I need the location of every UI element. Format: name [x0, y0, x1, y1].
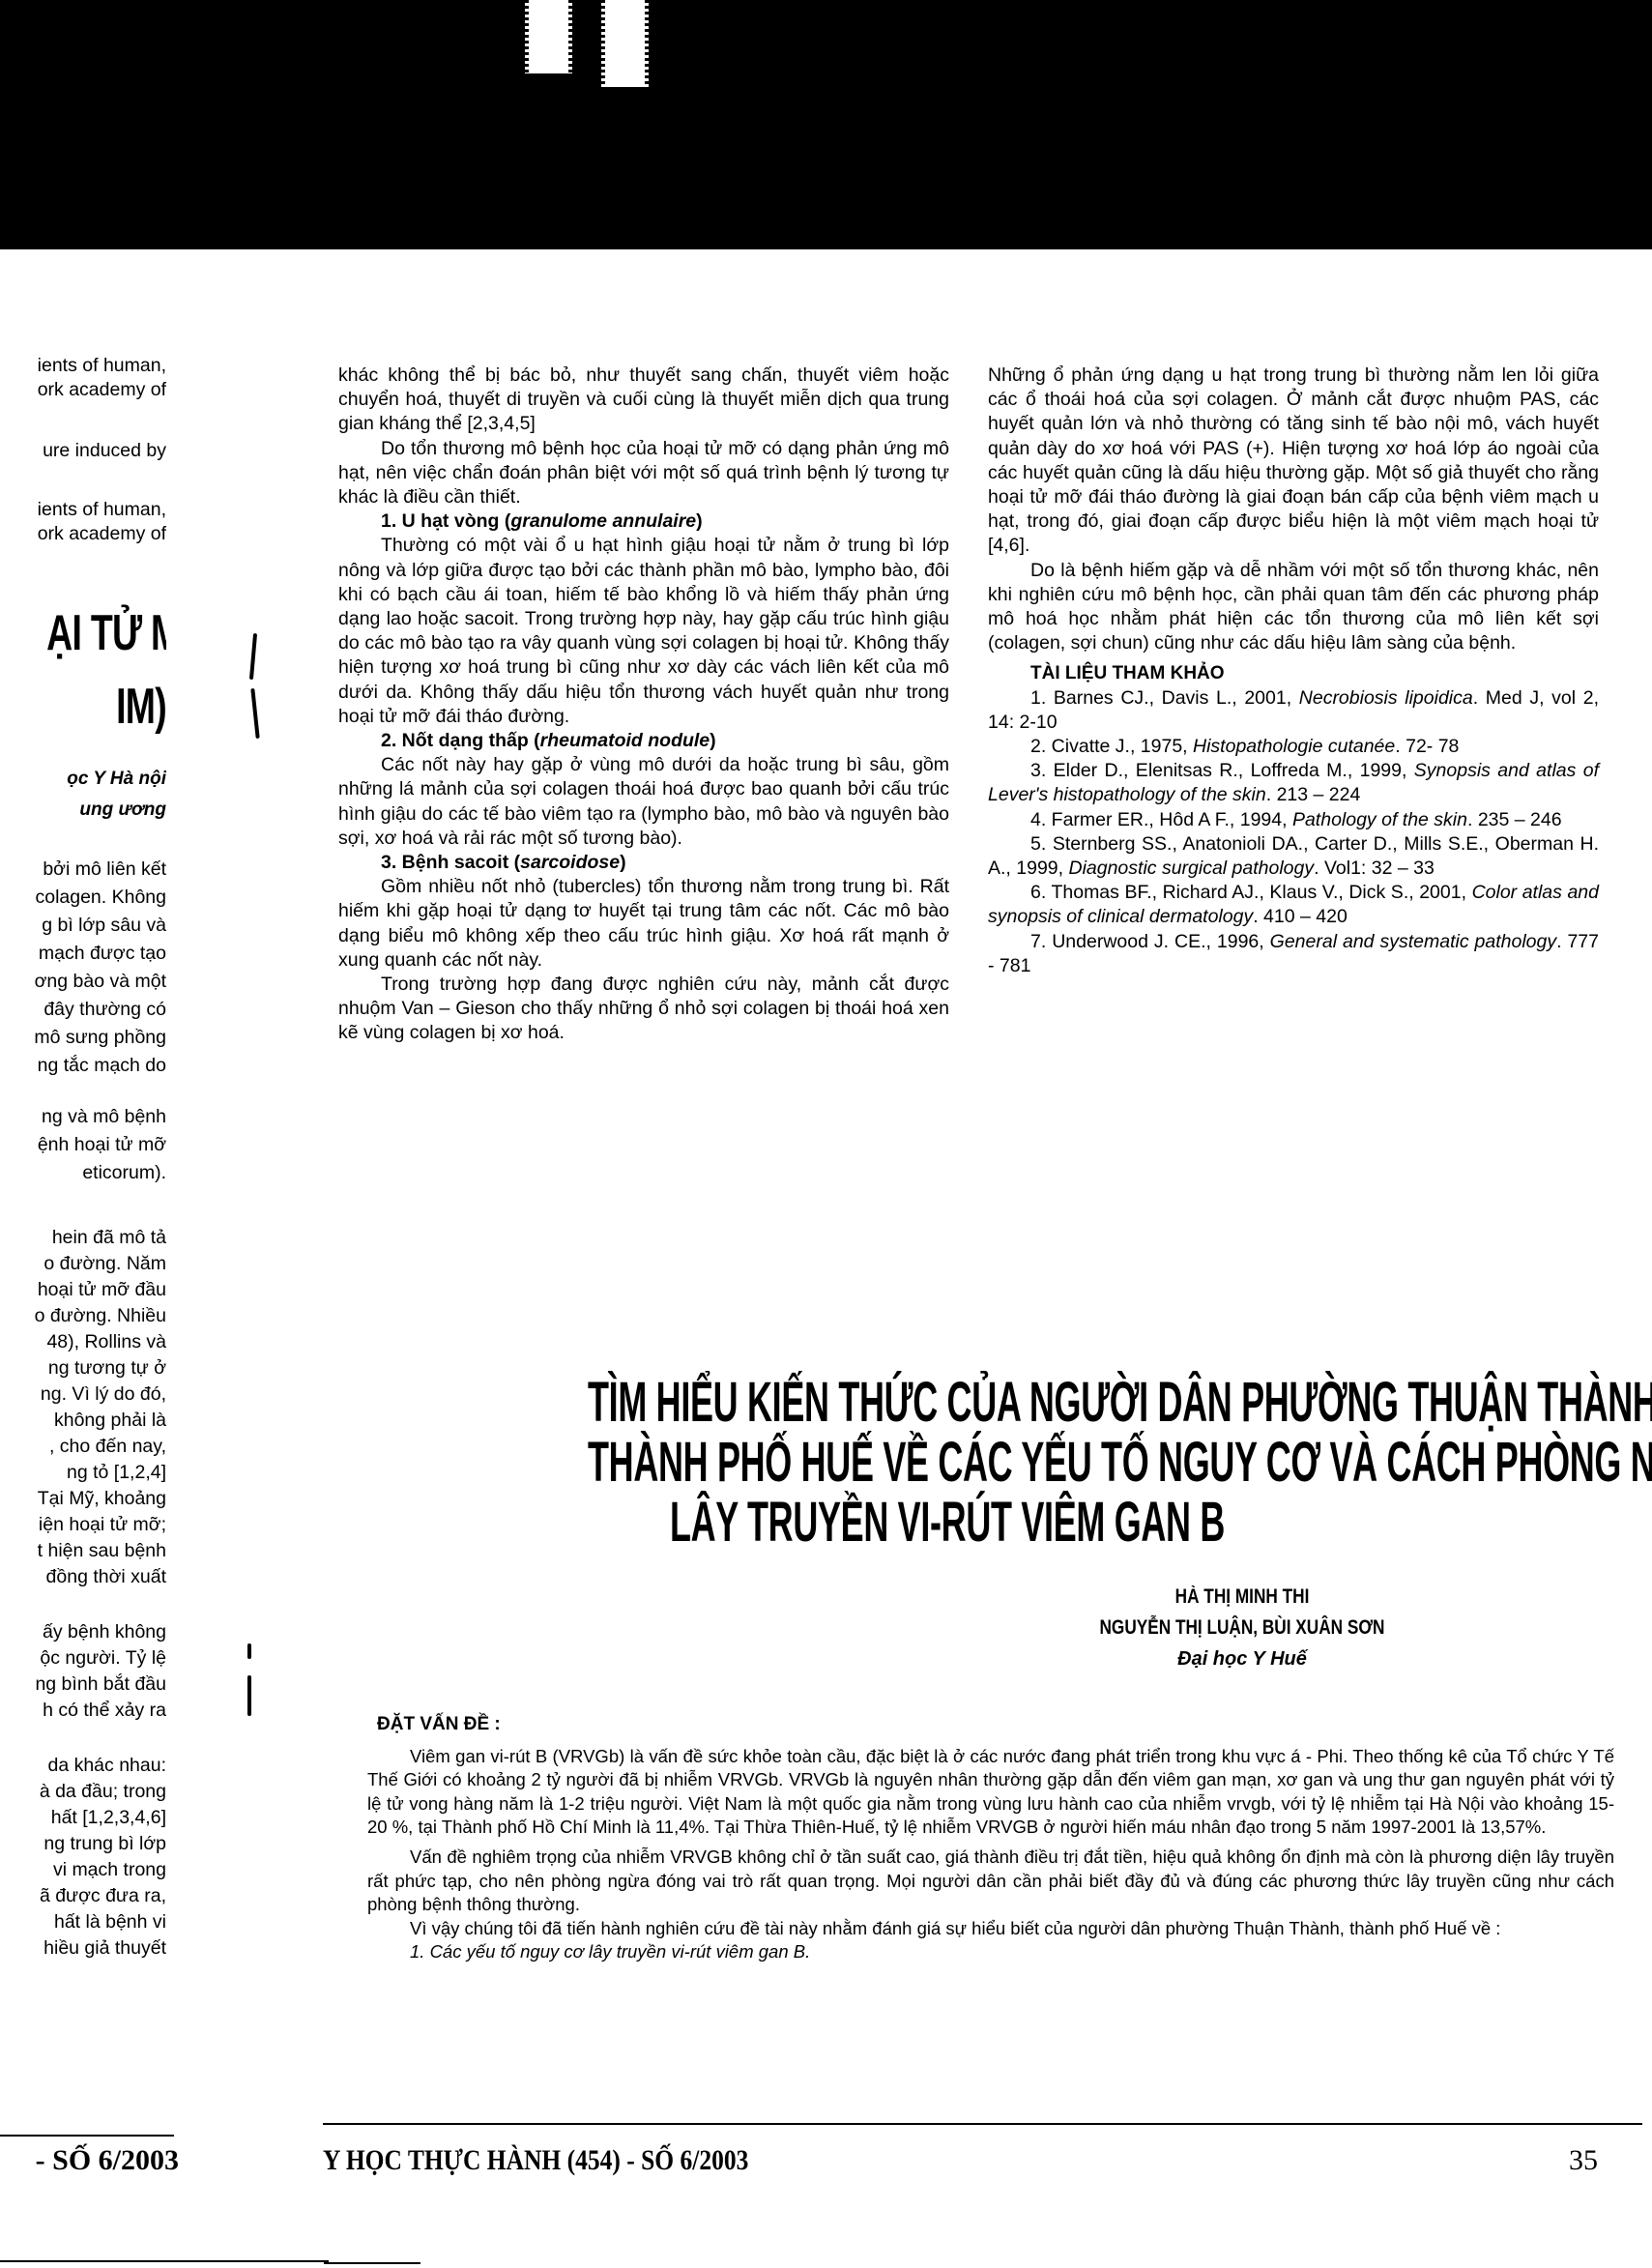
paragraph: Trong trường hợp đang được nghiên cứu nà… — [338, 973, 949, 1046]
text-line: ng tương tự ở — [0, 1356, 166, 1382]
text-line: Tại Mỹ, khoảng — [0, 1487, 166, 1513]
article-body: ĐẶT VẤN ĐỀ : Viêm gan vi-rút B (VRVGb) l… — [367, 1713, 1614, 1964]
text-line: mạch được tạo — [0, 942, 166, 970]
left-column-fragment: ients of human, ork academy of ure induc… — [0, 354, 166, 1963]
text-line: ork academy of — [0, 378, 166, 402]
binding-mark — [527, 0, 570, 73]
scan-mark — [249, 633, 257, 680]
text-line: ng trung bì lớp — [0, 1832, 166, 1858]
text-line: g bì lớp sâu và — [0, 914, 166, 942]
footer-journal: Y HỌC THỰC HÀNH (454) - SỐ 6/2003 — [323, 2144, 748, 2177]
title-line: LÂY TRUYỀN VI-RÚT VIÊM GAN B — [588, 1493, 1307, 1553]
text-line: ấy bệnh không — [0, 1620, 166, 1646]
reference-item: 4. Farmer ER., Hôd A F., 1994, Pathology… — [988, 808, 1599, 832]
text-line: o đường. Nhiều — [0, 1304, 166, 1330]
reference-item: 5. Sternberg SS., Anatonioli DA., Carter… — [988, 832, 1599, 881]
text-line: ộc người. Tỷ lệ — [0, 1646, 166, 1672]
paragraph: Do là bệnh hiếm gặp và dễ nhầm với một s… — [988, 559, 1599, 656]
scan-mark — [247, 1675, 251, 1716]
text-line: ng bình bắt đầu — [0, 1672, 166, 1699]
title-line: THÀNH PHỐ HUẾ VỀ CÁC YẾU TỐ NGUY CƠ VÀ C… — [588, 1433, 1307, 1493]
text-line: , cho đến nay, — [0, 1435, 166, 1461]
page-number: 35 — [1569, 2144, 1598, 2177]
text-line: à da đầu; trong — [0, 1780, 166, 1806]
scan-mark — [250, 688, 259, 739]
middle-column: khác không thể bị bác bỏ, như thuyết san… — [338, 363, 949, 1046]
text-line: ure induced by — [0, 439, 166, 463]
text-line: đồng thời xuất — [0, 1565, 166, 1591]
title-line: TÌM HIỂU KIẾN THỨC CỦA NGƯỜI DÂN PHƯỜNG … — [588, 1373, 1307, 1433]
scan-edge — [324, 2262, 420, 2264]
section-heading: 3. Bệnh sacoit (sarcoidose) — [338, 851, 949, 875]
text-line: hiều giả thuyết — [0, 1936, 166, 1963]
paragraph: Vấn đề nghiêm trọng của nhiễm VRVGB khôn… — [367, 1846, 1614, 1917]
text-line: hein đã mô tả — [0, 1226, 166, 1252]
reference-item: 2. Civatte J., 1975, Histopathologie cut… — [988, 735, 1599, 759]
text-line: ients of human, — [0, 354, 166, 378]
affiliation-fragment: ung ương — [0, 798, 166, 829]
paragraph: Gồm nhiều nốt nhỏ (tubercles) tổn thương… — [338, 875, 949, 973]
author-name: NGUYỄN THỊ LUẬN, BÙI XUÂN SƠN — [1080, 1613, 1405, 1643]
footer-rule — [323, 2123, 1642, 2125]
text-line: ệnh hoại tử mỡ — [0, 1133, 166, 1161]
text-line: đây thường có — [0, 998, 166, 1026]
footer-journal-fragment: - SỐ 6/2003 — [0, 2144, 179, 2177]
institution: Đại học Y Huế — [1044, 1643, 1440, 1674]
references-heading: TÀI LIỆU THAM KHẢO — [988, 661, 1599, 685]
text-line: ng tắc mạch do — [0, 1054, 166, 1082]
text-line: colagen. Không — [0, 886, 166, 914]
reference-item: 1. Barnes CJ., Davis L., 2001, Necrobios… — [988, 686, 1599, 735]
text-line: ng. Vì lý do đó, — [0, 1382, 166, 1409]
paragraph: khác không thể bị bác bỏ, như thuyết san… — [338, 363, 949, 437]
article-title: TÌM HIỂU KIẾN THỨC CỦA NGƯỜI DÂN PHƯỜNG … — [367, 1373, 1527, 1553]
text-line: hoại tử mỡ đầu — [0, 1278, 166, 1304]
text-line: o đường. Năm — [0, 1252, 166, 1278]
binding-mark — [603, 0, 647, 87]
reference-item: 3. Elder D., Elenitsas R., Loffreda M., … — [988, 759, 1599, 807]
text-line: t hiện sau bệnh — [0, 1539, 166, 1565]
text-line: 48), Rollins và — [0, 1330, 166, 1356]
text-line: ơng bào và một — [0, 970, 166, 998]
title-fragment: IM) — [46, 676, 166, 738]
paragraph: Do tổn thương mô bệnh học của hoại tử mỡ… — [338, 437, 949, 510]
title-fragment: ẠI TỬ MỠ — [46, 602, 166, 664]
text-line: ng tỏ [1,2,4] — [0, 1461, 166, 1487]
scan-mark — [247, 1643, 251, 1659]
text-line: vi mạch trong — [0, 1858, 166, 1884]
paragraph: Thường có một vài ổ u hạt hình giậu hoại… — [338, 534, 949, 729]
footer-rule — [0, 2135, 174, 2137]
text-line: bởi mô liên kết — [0, 858, 166, 886]
text-line: mô sưng phồng — [0, 1026, 166, 1054]
text-line: không phải là — [0, 1409, 166, 1435]
paragraph: Viêm gan vi-rút B (VRVGb) là vấn đề sức … — [367, 1745, 1614, 1840]
reference-item: 6. Thomas BF., Richard AJ., Klaus V., Di… — [988, 881, 1599, 929]
section-heading: ĐẶT VẤN ĐỀ : — [367, 1713, 1614, 1737]
text-line: iện hoại tử mỡ; — [0, 1513, 166, 1539]
paragraph: Những ổ phản ứng dạng u hạt trong trung … — [988, 363, 1599, 559]
author-name: HÀ THỊ MINH THI — [1080, 1582, 1405, 1613]
text-line: da khác nhau: — [0, 1754, 166, 1780]
text-line: hất là bệnh vi — [0, 1910, 166, 1936]
text-line: h có thể xảy ra — [0, 1699, 166, 1725]
paragraph: Vì vậy chúng tôi đã tiến hành nghiên cứu… — [367, 1917, 1614, 1941]
scan-edge — [0, 2260, 329, 2262]
reference-item: 7. Underwood J. CE., 1996, General and s… — [988, 930, 1599, 978]
right-column: Những ổ phản ứng dạng u hạt trong trung … — [988, 363, 1599, 978]
affiliation-fragment: ọc Y Hà nội — [0, 767, 166, 798]
text-line: ork academy of — [0, 522, 166, 546]
text-line: eticorum). — [0, 1161, 166, 1189]
text-line: ng và mô bệnh — [0, 1105, 166, 1133]
author-block: HÀ THỊ MINH THI NGUYỄN THỊ LUẬN, BÙI XUÂ… — [1044, 1582, 1440, 1674]
section-heading: 2. Nốt dạng thấp (rheumatoid nodule) — [338, 729, 949, 753]
text-line: hất [1,2,3,4,6] — [0, 1806, 166, 1832]
scan-header-band — [0, 0, 1652, 249]
objective-item: 1. Các yếu tố nguy cơ lây truyền vi-rút … — [367, 1940, 1614, 1964]
text-line: ients of human, — [0, 498, 166, 522]
paragraph: Các nốt này hay gặp ở vùng mô dưới da ho… — [338, 753, 949, 851]
section-heading: 1. U hạt vòng (granulome annulaire) — [338, 509, 949, 534]
text-line: ã được đưa ra, — [0, 1884, 166, 1910]
